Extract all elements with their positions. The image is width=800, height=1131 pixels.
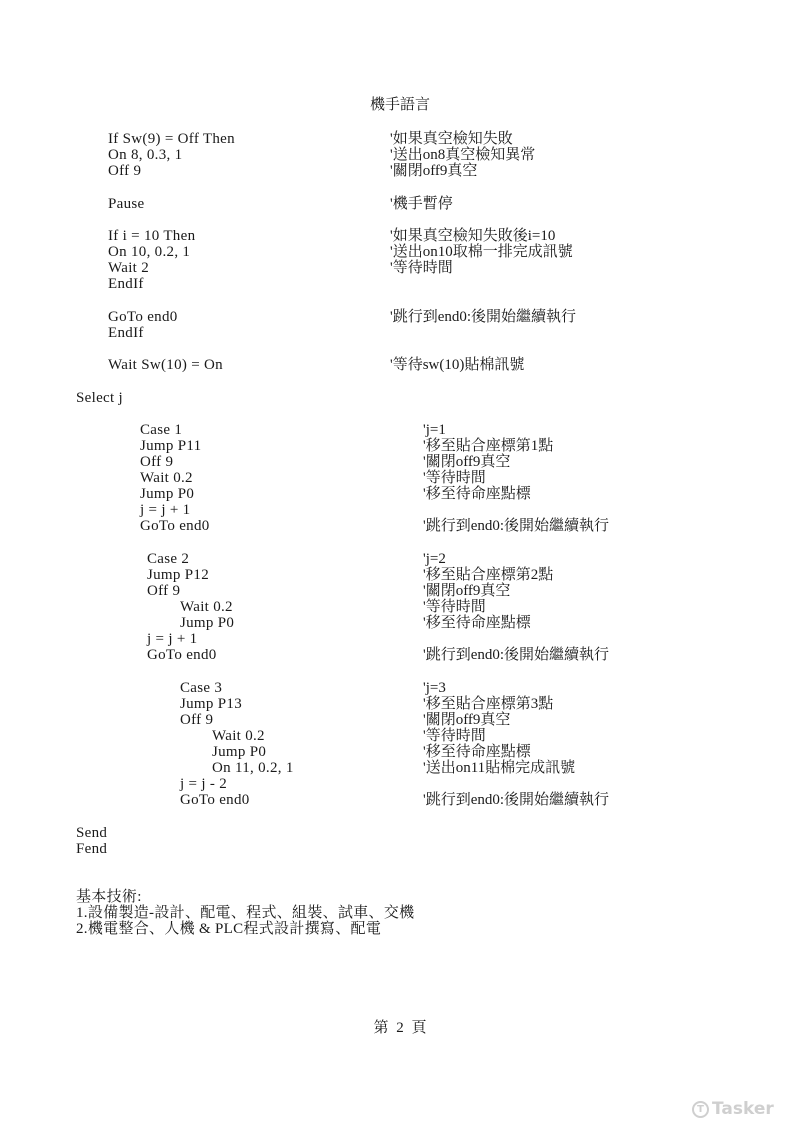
code-line: Fend [76,841,107,857]
code-line: j = j + 1 [147,631,197,647]
watermark-label: Tasker [712,1099,774,1119]
code-line: If Sw(9) = Off Then [108,131,235,147]
code-line: j = j + 1 [140,502,190,518]
code-comment: 'j=2 [423,551,446,567]
code-line: Off 9 [108,163,141,179]
code-line: Jump P11 [140,438,201,454]
code-line: EndIf [108,325,144,341]
code-comment: '跳行到end0:後開始繼續執行 [423,792,609,808]
code-comment: '等待時間 [423,728,486,744]
code-line: Off 9 [140,454,173,470]
code-line: Pause [108,196,145,212]
code-line: Wait 0.2 [212,728,265,744]
code-comment: '如果真空檢知失敗後i=10 [390,228,555,244]
code-line: On 8, 0.3, 1 [108,147,182,163]
code-comment: '等待sw(10)貼棉訊號 [390,357,524,373]
code-comment: 'j=3 [423,680,446,696]
code-line: Wait 0.2 [140,470,193,486]
code-comment: '等待時間 [423,470,486,486]
code-line: Wait 0.2 [180,599,233,615]
code-comment: '關閉off9真空 [423,583,510,599]
code-line: On 10, 0.2, 1 [108,244,190,260]
code-line: Case 1 [140,422,182,438]
code-line: If i = 10 Then [108,228,195,244]
code-comment: '移至待命座點標 [423,744,531,760]
code-comment: '跳行到end0:後開始繼續執行 [390,309,576,325]
tasker-logo-icon: T [692,1101,709,1118]
code-line: Jump P12 [147,567,209,583]
code-line: Wait 2 [108,260,149,276]
code-comment: '等待時間 [423,599,486,615]
code-comment: '移至貼合座標第2點 [423,567,553,583]
code-comment: '關閉off9真空 [390,163,477,179]
code-comment: '關閉off9真空 [423,454,510,470]
code-line: GoTo end0 [108,309,178,325]
page-number: 第 2 頁 [0,1016,800,1037]
code-line: Off 9 [147,583,180,599]
skills-heading: 基本技術: [76,889,142,905]
code-comment: '移至貼合座標第3點 [423,696,553,712]
code-comment: '關閉off9真空 [423,712,510,728]
skills-item-2: 2.機電整合、人機 & PLC程式設計撰寫、配電 [76,921,381,937]
code-line: Case 3 [180,680,222,696]
code-line: GoTo end0 [147,647,217,663]
code-comment: '移至待命座點標 [423,486,531,502]
code-comment: 'j=1 [423,422,446,438]
code-line: GoTo end0 [140,518,210,534]
document-title: 機手語言 [0,93,800,114]
code-comment: '送出on10取棉一排完成訊號 [390,244,573,260]
code-line: Jump P13 [180,696,242,712]
skills-item-1: 1.設備製造-設計、配電、程式、組裝、試車、交機 [76,905,414,921]
code-comment: '移至待命座點標 [423,615,531,631]
code-line: Select j [76,390,123,406]
code-line: Jump P0 [212,744,266,760]
code-line: GoTo end0 [180,792,250,808]
code-line: Send [76,825,107,841]
code-comment: '移至貼合座標第1點 [423,438,553,454]
code-comment: '跳行到end0:後開始繼續執行 [423,647,609,663]
code-line: EndIf [108,276,144,292]
code-line: Wait Sw(10) = On [108,357,223,373]
code-line: Jump P0 [180,615,234,631]
code-line: Jump P0 [140,486,194,502]
code-line: On 11, 0.2, 1 [212,760,294,776]
code-comment: '跳行到end0:後開始繼續執行 [423,518,609,534]
code-line: j = j - 2 [180,776,227,792]
watermark: T Tasker [692,1099,774,1119]
code-comment: '送出on11貼棉完成訊號 [423,760,575,776]
code-line: Off 9 [180,712,213,728]
code-line: Case 2 [147,551,189,567]
code-comment: '送出on8真空檢知異常 [390,147,535,163]
code-comment: '如果真空檢知失敗 [390,131,513,147]
code-comment: '等待時間 [390,260,453,276]
code-comment: '機手暫停 [390,196,453,212]
